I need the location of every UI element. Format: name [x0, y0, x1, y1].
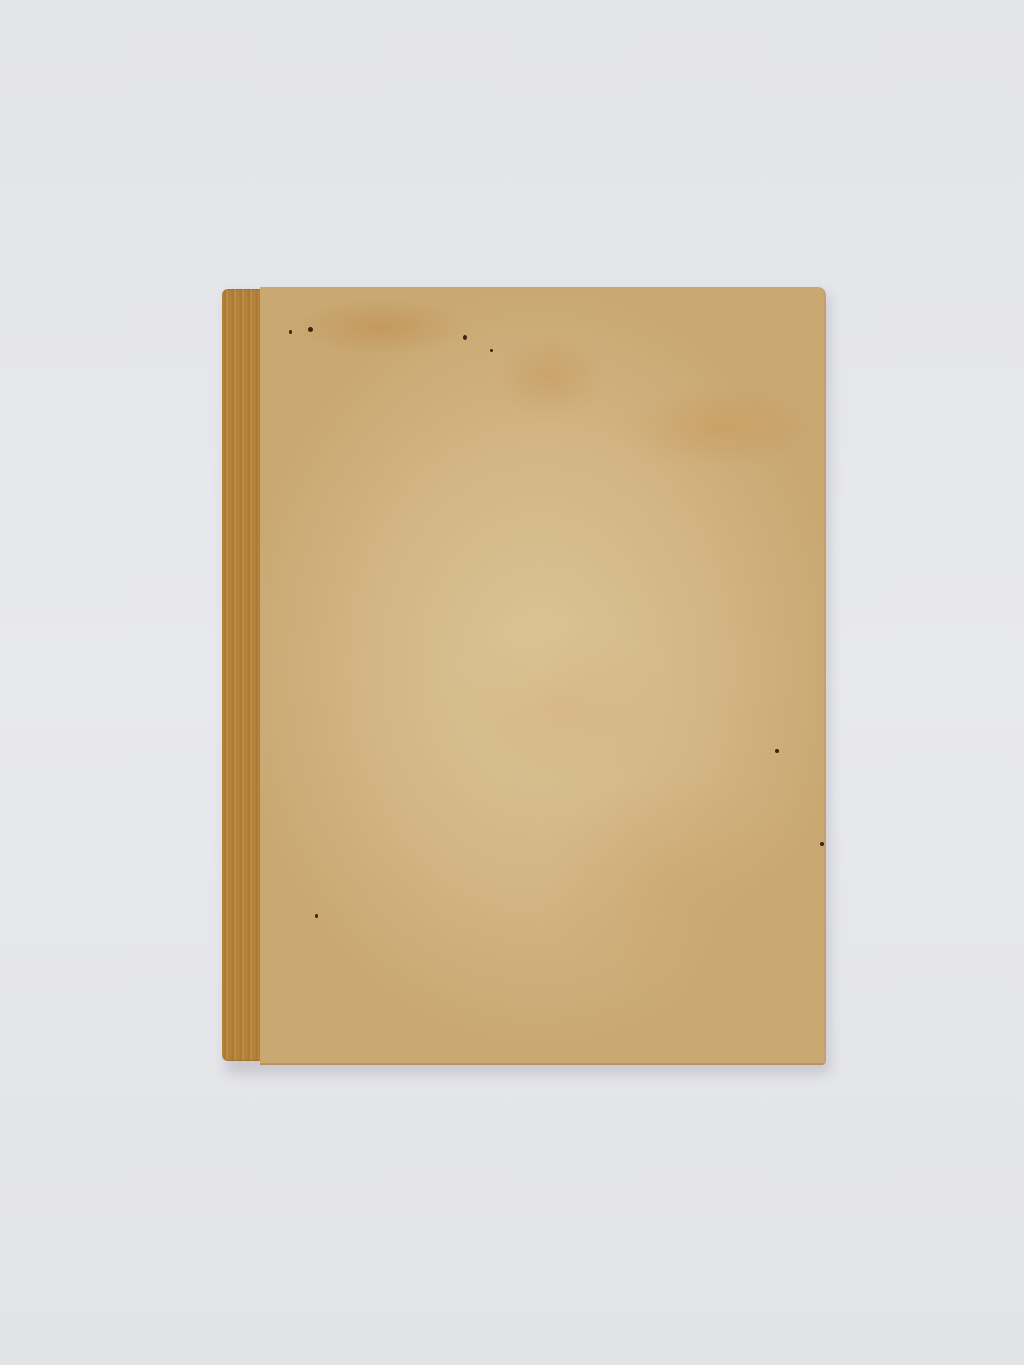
stain-spot	[463, 335, 467, 340]
stain-spot	[490, 349, 493, 352]
stain-spot	[775, 749, 779, 753]
book-spine	[222, 289, 262, 1061]
stain-spot	[820, 842, 824, 846]
book	[222, 287, 826, 1065]
stain-spot	[289, 330, 292, 334]
stain-spot	[308, 327, 313, 332]
book-back-cover	[260, 287, 826, 1065]
stain-spot	[315, 914, 318, 918]
